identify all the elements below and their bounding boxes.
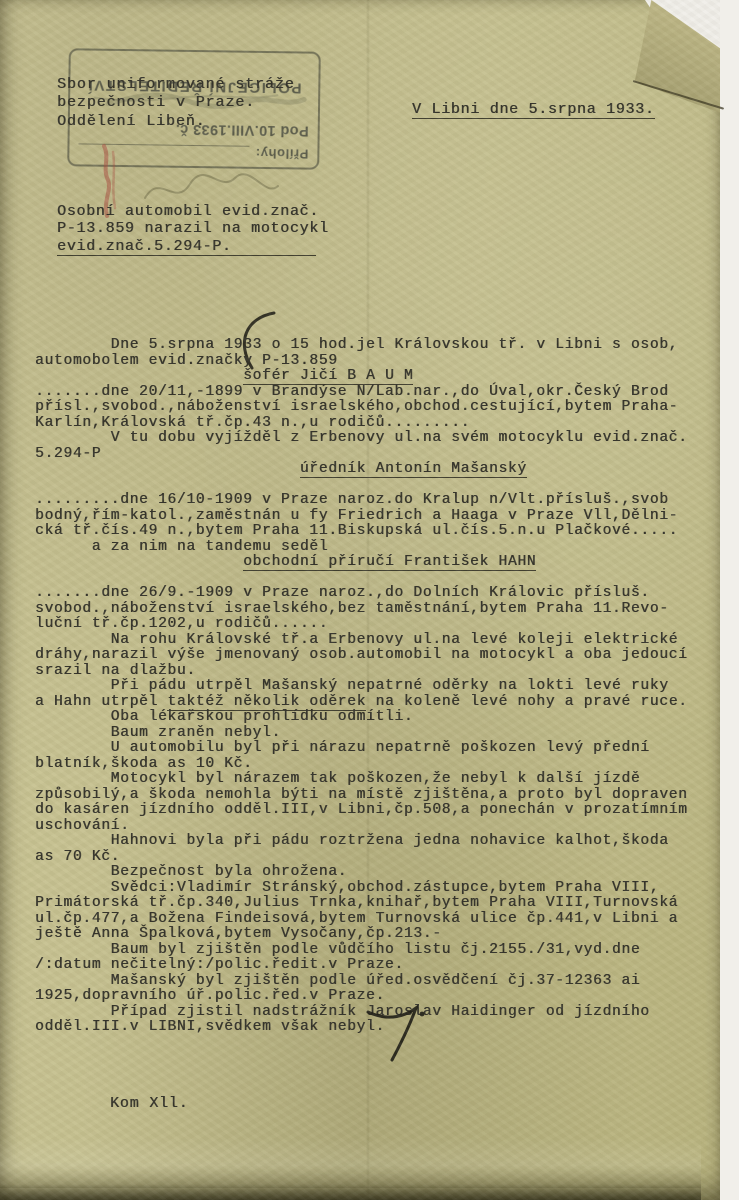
typed-line: srazil na dlažbu. (35, 664, 688, 680)
typed-line: uschování. (35, 819, 688, 835)
office-header: Sbor uniformované strážebezpečnosti v Pr… (57, 76, 295, 131)
typed-line (35, 478, 688, 494)
typed-line: svobod.,náboženství israelského,bez tamě… (35, 602, 688, 618)
typed-line: Při pádu utrpěl Mašanský nepatrné oděrky… (35, 679, 688, 695)
paper-sheet: Přílohy: Pod 10.VIII.1933 č. POLICEJNÍ Ř… (0, 0, 720, 1200)
stamp-blank-rule (78, 143, 249, 158)
stamp-attachments-label: Přílohy: (255, 146, 308, 162)
typed-line: Primátorská tř.čp.340,Julius Trnka,kniha… (35, 896, 688, 912)
bottom-wrinkle-shading (0, 1138, 701, 1188)
dateline: V Libni dne 5.srpna 1933. (412, 101, 655, 118)
typed-line: Karlín,Královská tř.čp.43 n.,u rodičů...… (35, 416, 688, 432)
typed-line: V tu dobu vyjížděl z Erbenovy ul.na svém… (35, 431, 688, 447)
typed-line: /:datum nečitelný:/polic.ředit.v Praze. (35, 958, 688, 974)
typed-line: Na rohu Královské tř.a Erbenovy ul.na le… (35, 633, 688, 649)
typed-line: Hahnovi byla při pádu roztržena jedna no… (35, 834, 688, 850)
typed-line: Bezpečnost byla ohrožena. (35, 865, 688, 881)
typed-line: Oba lékařskou prohlídku odmítli. (35, 710, 688, 726)
typed-line: U automobilu byl při nárazu nepatrně poš… (35, 741, 688, 757)
typed-line: .........dne 16/10-1909 v Praze naroz.do… (35, 493, 688, 509)
typed-line: dráhy,narazil výše jmenovaný osob.automo… (35, 648, 688, 664)
report-body: Dne 5.srpna 1933 o 15 hod.jel Královskou… (35, 338, 688, 1036)
typed-line: 5.294-P (35, 447, 688, 463)
typed-line: Osobní automobil evid.znač. (57, 203, 329, 220)
typed-line: Sbor uniformované stráže (57, 76, 295, 94)
typed-line: blatník,škoda as 10 Kč. (35, 757, 688, 773)
typed-line (35, 571, 688, 587)
typed-line: přísl.,svobod.,náboženství israelského,o… (35, 400, 688, 416)
typed-line: ul.čp.477,a Božena Findeisová,bytem Turn… (35, 912, 688, 928)
typed-line: 1925,dopravního úř.polic.řed.v Praze. (35, 989, 688, 1005)
typed-line: Mašanský byl zjištěn podle úřed.osvědčen… (35, 974, 688, 990)
footer-reference: Kom Xll. (110, 1095, 188, 1112)
typed-line: Baum zraněn nebyl. (35, 726, 688, 742)
typed-line: as 70 Kč. (35, 850, 688, 866)
typed-line: ještě Anna Špalková,bytem Vysočany,čp.21… (35, 927, 688, 943)
typed-line: Dne 5.srpna 1933 o 15 hod.jel Královskou… (35, 338, 688, 354)
typed-line: úředník Antonín Mašanský (35, 462, 688, 478)
typed-line: Případ zjistil nadstrážník Jaroslav Haid… (35, 1005, 688, 1021)
stamp-attachments-line: Přílohy: (78, 143, 308, 161)
typed-line: .......dne 20/11,-1899 v Brandýse N/Lab.… (35, 385, 688, 401)
typed-line: bodný,řím-katol.,zaměstnán u fy Friedric… (35, 509, 688, 525)
typed-line: evid.znač.5.294-P. (57, 238, 329, 255)
typed-line: bezpečnosti v Praze. (57, 94, 295, 112)
typed-line: obchodní příručí František HAHN (35, 555, 688, 571)
typed-line: odděl.III.v LIBNI,svědkem však nebyl. (35, 1020, 688, 1036)
typed-line: luční tř.čp.1202,u rodičů...... (35, 617, 688, 633)
typed-line: automobolem evid.značky P-13.859 (35, 354, 688, 370)
scanned-document: Přílohy: Pod 10.VIII.1933 č. POLICEJNÍ Ř… (0, 0, 739, 1200)
typed-line: šofér Jičí B A U M (35, 369, 688, 385)
typed-line: a Hahn utrpěl taktéž několik oděrek na k… (35, 695, 688, 711)
typed-line: Svědci:Vladimír Stránský,obchod.zástupce… (35, 881, 688, 897)
bottom-edge-shadow (0, 1184, 701, 1200)
typed-line: cká tř.čís.49 n.,bytem Praha 11.Biskupsk… (35, 524, 688, 540)
dateline-text: V Libni dne 5.srpna 1933. (412, 101, 655, 119)
typed-line: Baum byl zjištěn podle vůdčího listu čj.… (35, 943, 688, 959)
typed-line: způsobilý,a škoda nemohla býti na místě … (35, 788, 688, 804)
typed-line: P-13.859 narazil na motocykl (57, 220, 329, 237)
typed-line: .......dne 26/9.-1909 v Praze naroz.,do … (35, 586, 688, 602)
subject-block: Osobní automobil evid.znač.P-13.859 nara… (57, 203, 329, 255)
typed-line: Oddělení Libeň. (57, 113, 295, 131)
typed-line: do kasáren jízdního odděl.III,v Libni,čp… (35, 803, 688, 819)
typed-line: a za nim na tandemu seděl (35, 540, 688, 556)
typed-line: Motocykl byl nárazem tak poškozen,že neb… (35, 772, 688, 788)
